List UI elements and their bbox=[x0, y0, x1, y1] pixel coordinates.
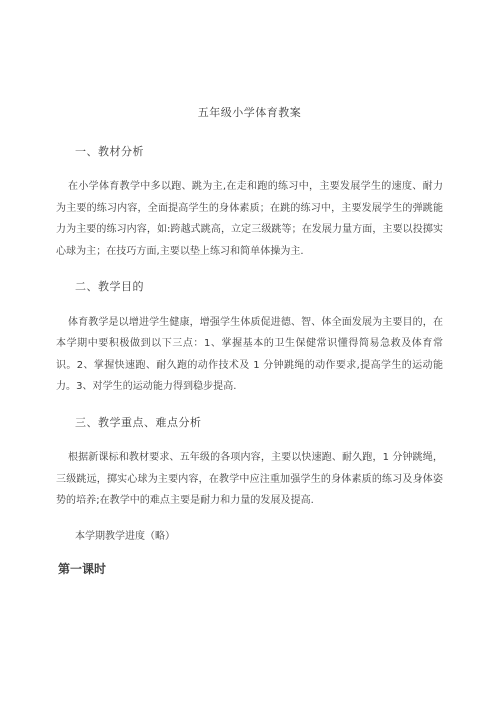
document-page: 五年级小学体育教案 一、教材分析 在小学体育教学中多以跑、跳为主,在走和跑的练习… bbox=[0, 0, 500, 707]
section-key-difficulty-analysis: 三、教学重点、难点分析 根据新课标和教材要求、五年级的各项内容，主要以快速跑、耐… bbox=[56, 412, 443, 512]
section-body-material-analysis: 在小学体育教学中多以跑、跳为主,在走和跑的练习中，主要发展学生的速度、耐力为主要… bbox=[56, 176, 443, 262]
lesson-one-heading: 第一课时 bbox=[56, 559, 443, 581]
section-heading-material-analysis: 一、教材分析 bbox=[56, 141, 443, 163]
section-material-analysis: 一、教材分析 在小学体育教学中多以跑、跳为主,在走和跑的练习中，主要发展学生的速… bbox=[56, 141, 443, 263]
section-body-key-difficulty-analysis: 根据新课标和教材要求、五年级的各项内容，主要以快速跑、耐久跑，1 分钟跳绳，三级… bbox=[56, 447, 443, 512]
section-teaching-objectives: 二、教学目的 体育教学是以增进学生健康，增强学生体质促进德、智、体全面发展为主要… bbox=[56, 276, 443, 398]
section-heading-teaching-objectives: 二、教学目的 bbox=[56, 276, 443, 298]
document-title: 五年级小学体育教案 bbox=[56, 102, 443, 124]
section-heading-key-difficulty-analysis: 三、教学重点、难点分析 bbox=[56, 412, 443, 434]
section-body-teaching-objectives: 体育教学是以增进学生健康，增强学生体质促进德、智、体全面发展为主要目的，在本学期… bbox=[56, 312, 443, 398]
schedule-note: 本学期教学进度（略） bbox=[56, 526, 443, 548]
